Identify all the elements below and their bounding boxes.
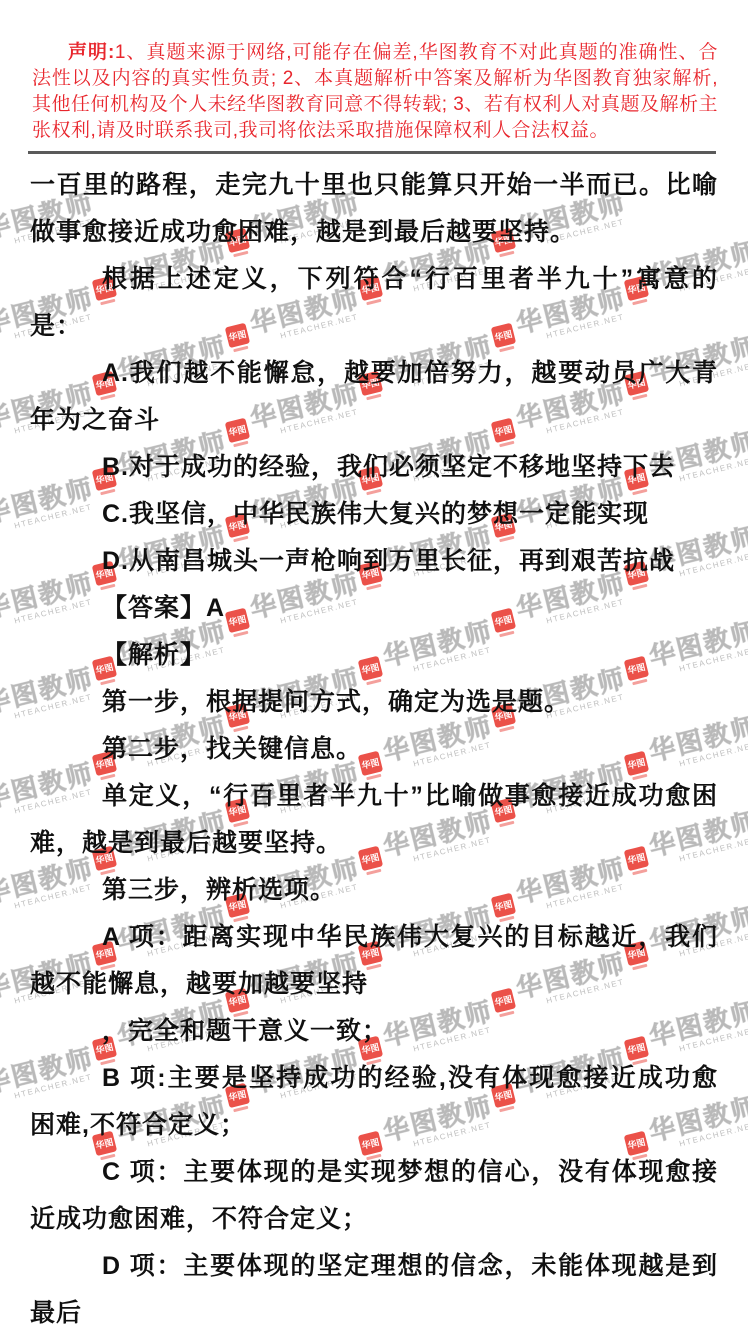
paragraph: D 项：主要体现的坚定理想的信念，未能体现越是到最后 — [30, 1243, 718, 1335]
paragraph: C 项：主要体现的是实现梦想的信心，没有体现愈接近成功愈困难，不符合定义； — [30, 1149, 718, 1243]
question-body: 一百里的路程，走完九十里也只能算只开始一半而已。比喻做事愈接近成功愈困难，越是到… — [30, 162, 718, 1335]
paragraph: 【解析】 — [30, 632, 718, 679]
disclaimer-text: 1、真题来源于网络,可能存在偏差,华图教育不对此真题的准确性、合法性以及内容的真… — [32, 42, 718, 141]
paragraph: D.从南昌城头一声枪响到万里长征，再到艰苦抗战 — [30, 538, 718, 585]
paragraph: 单定义，“行百里者半九十”比喻做事愈接近成功愈困难，越是到最后越要坚持。 — [30, 773, 718, 867]
paragraph: B.对于成功的经验，我们必须坚定不移地坚持下去 — [30, 444, 718, 491]
paragraph: A.我们越不能懈怠，越要加倍努力，越要动员广大青年为之奋斗 — [30, 350, 718, 444]
paragraph: C.我坚信，中华民族伟大复兴的梦想一定能实现 — [30, 491, 718, 538]
paragraph: 根据上述定义，下列符合“行百里者半九十”寓意的是： — [30, 256, 718, 350]
paragraph: 【答案】A — [30, 585, 718, 632]
paragraph: B 项:主要是坚持成功的经验,没有体现愈接近成功愈困难,不符合定义； — [30, 1055, 718, 1149]
section-divider — [28, 151, 716, 154]
paragraph: A 项：距离实现中华民族伟大复兴的目标越近，我们越不能懈息，越要加越要坚持 — [30, 914, 718, 1008]
paragraph: 第三步，辨析选项。 — [30, 867, 718, 914]
paragraph: ，完全和题干意义一致； — [30, 1008, 718, 1055]
paragraph: 一百里的路程，走完九十里也只能算只开始一半而已。比喻做事愈接近成功愈困难，越是到… — [30, 162, 718, 256]
document-page: 华图华图教师HTEACHER.NET华图华图教师HTEACHER.NET华图华图… — [0, 0, 748, 1335]
disclaimer-label: 声明: — [68, 42, 115, 63]
paragraph: 第一步，根据提问方式，确定为选是题。 — [30, 679, 718, 726]
disclaimer: 声明:1、真题来源于网络,可能存在偏差,华图教育不对此真题的准确性、合法性以及内… — [32, 40, 718, 144]
paragraph: 第二步，找关键信息。 — [30, 726, 718, 773]
